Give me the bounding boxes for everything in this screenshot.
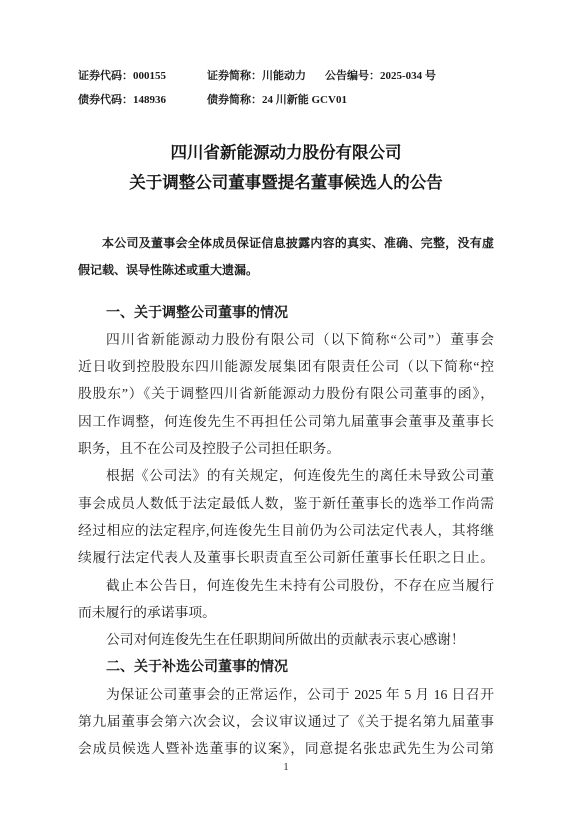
text-line: 截止本公告日，何连俊先生未持有公司股份，不存在应当履行 — [78, 572, 494, 599]
text-line: 因工作调整，何连俊先生不再担任公司第九届董事会董事及董事长 — [78, 408, 494, 435]
document-title-line-2: 关于调整公司董事暨提名董事候选人的公告 — [0, 168, 572, 198]
security-code: 证券代码：000155 — [78, 64, 207, 88]
section-heading: 二、关于补选公司董事的情况 — [78, 653, 494, 680]
securities-header: 证券代码：000155 证券简称：川能动力 公告编号：2025-034 号 债券… — [0, 0, 572, 112]
text-line: 事会成员人数低于法定最低人数，鉴于新任董事长的选举工作尚需 — [78, 490, 494, 517]
text-line: 续履行法定代表人及董事长职责直至公司新任董事长任职之日止。 — [78, 544, 494, 571]
securities-header-row-2: 债券代码：148936 债券简称：24 川新能 GCV01 — [78, 88, 494, 112]
document-title-line-1: 四川省新能源动力股份有限公司 — [0, 138, 572, 168]
text-line: 根据《公司法》的有关规定，何连俊先生的离任未导致公司董 — [78, 462, 494, 489]
text-line: 会成员候选人暨补选董事的议案》，同意提名张忠武先生为公司第 — [78, 735, 494, 762]
text-line: 职务，且不在公司及控股子公司担任职务。 — [78, 435, 494, 462]
text-line: 经过相应的法定程序,何连俊先生目前仍为公司法定代表人，其将继 — [78, 517, 494, 544]
text-line: 第九届董事会第六次会议，会议审议通过了《关于提名第九届董事 — [78, 708, 494, 735]
section-heading: 一、关于调整公司董事的情况 — [78, 299, 494, 326]
text-line: 近日收到控股股东四川能源发展集团有限责任公司（以下简称“控 — [78, 353, 494, 380]
text-line: 而未履行的承诺事项。 — [78, 599, 494, 626]
header-spacer — [325, 88, 494, 112]
announcement-page: 证券代码：000155 证券简称：川能动力 公告编号：2025-034 号 债券… — [0, 0, 572, 818]
bond-name: 债券简称：24 川新能 GCV01 — [207, 88, 325, 112]
bond-code: 债券代码：148936 — [78, 88, 207, 112]
text-line: 四川省新能源动力股份有限公司（以下简称“公司”）董事会 — [78, 326, 494, 353]
text-line: 为保证公司董事会的正常运作，公司于 2025 年 5 月 16 日召开 — [78, 681, 494, 708]
text-line: 公司对何连俊先生在任职期间所做出的贡献表示衷心感谢！ — [78, 626, 494, 653]
security-name: 证券简称：川能动力 — [207, 64, 325, 88]
text-line: 股股东”）《关于调整四川省新能源动力股份有限公司董事的函》， — [78, 380, 494, 407]
document-body: 本公司及董事会全体成员保证信息披露内容的真实、准确、完整，没有虚假记载、误导性陈… — [78, 230, 494, 763]
securities-header-row-1: 证券代码：000155 证券简称：川能动力 公告编号：2025-034 号 — [78, 64, 494, 88]
announcement-number: 公告编号：2025-034 号 — [325, 64, 494, 88]
document-title: 四川省新能源动力股份有限公司 关于调整公司董事暨提名董事候选人的公告 — [0, 138, 572, 198]
disclaimer-line: 假记载、误导性陈述或重大遗漏。 — [78, 257, 494, 284]
disclaimer-line: 本公司及董事会全体成员保证信息披露内容的真实、准确、完整，没有虚 — [78, 230, 494, 257]
page-number: 1 — [0, 762, 572, 773]
